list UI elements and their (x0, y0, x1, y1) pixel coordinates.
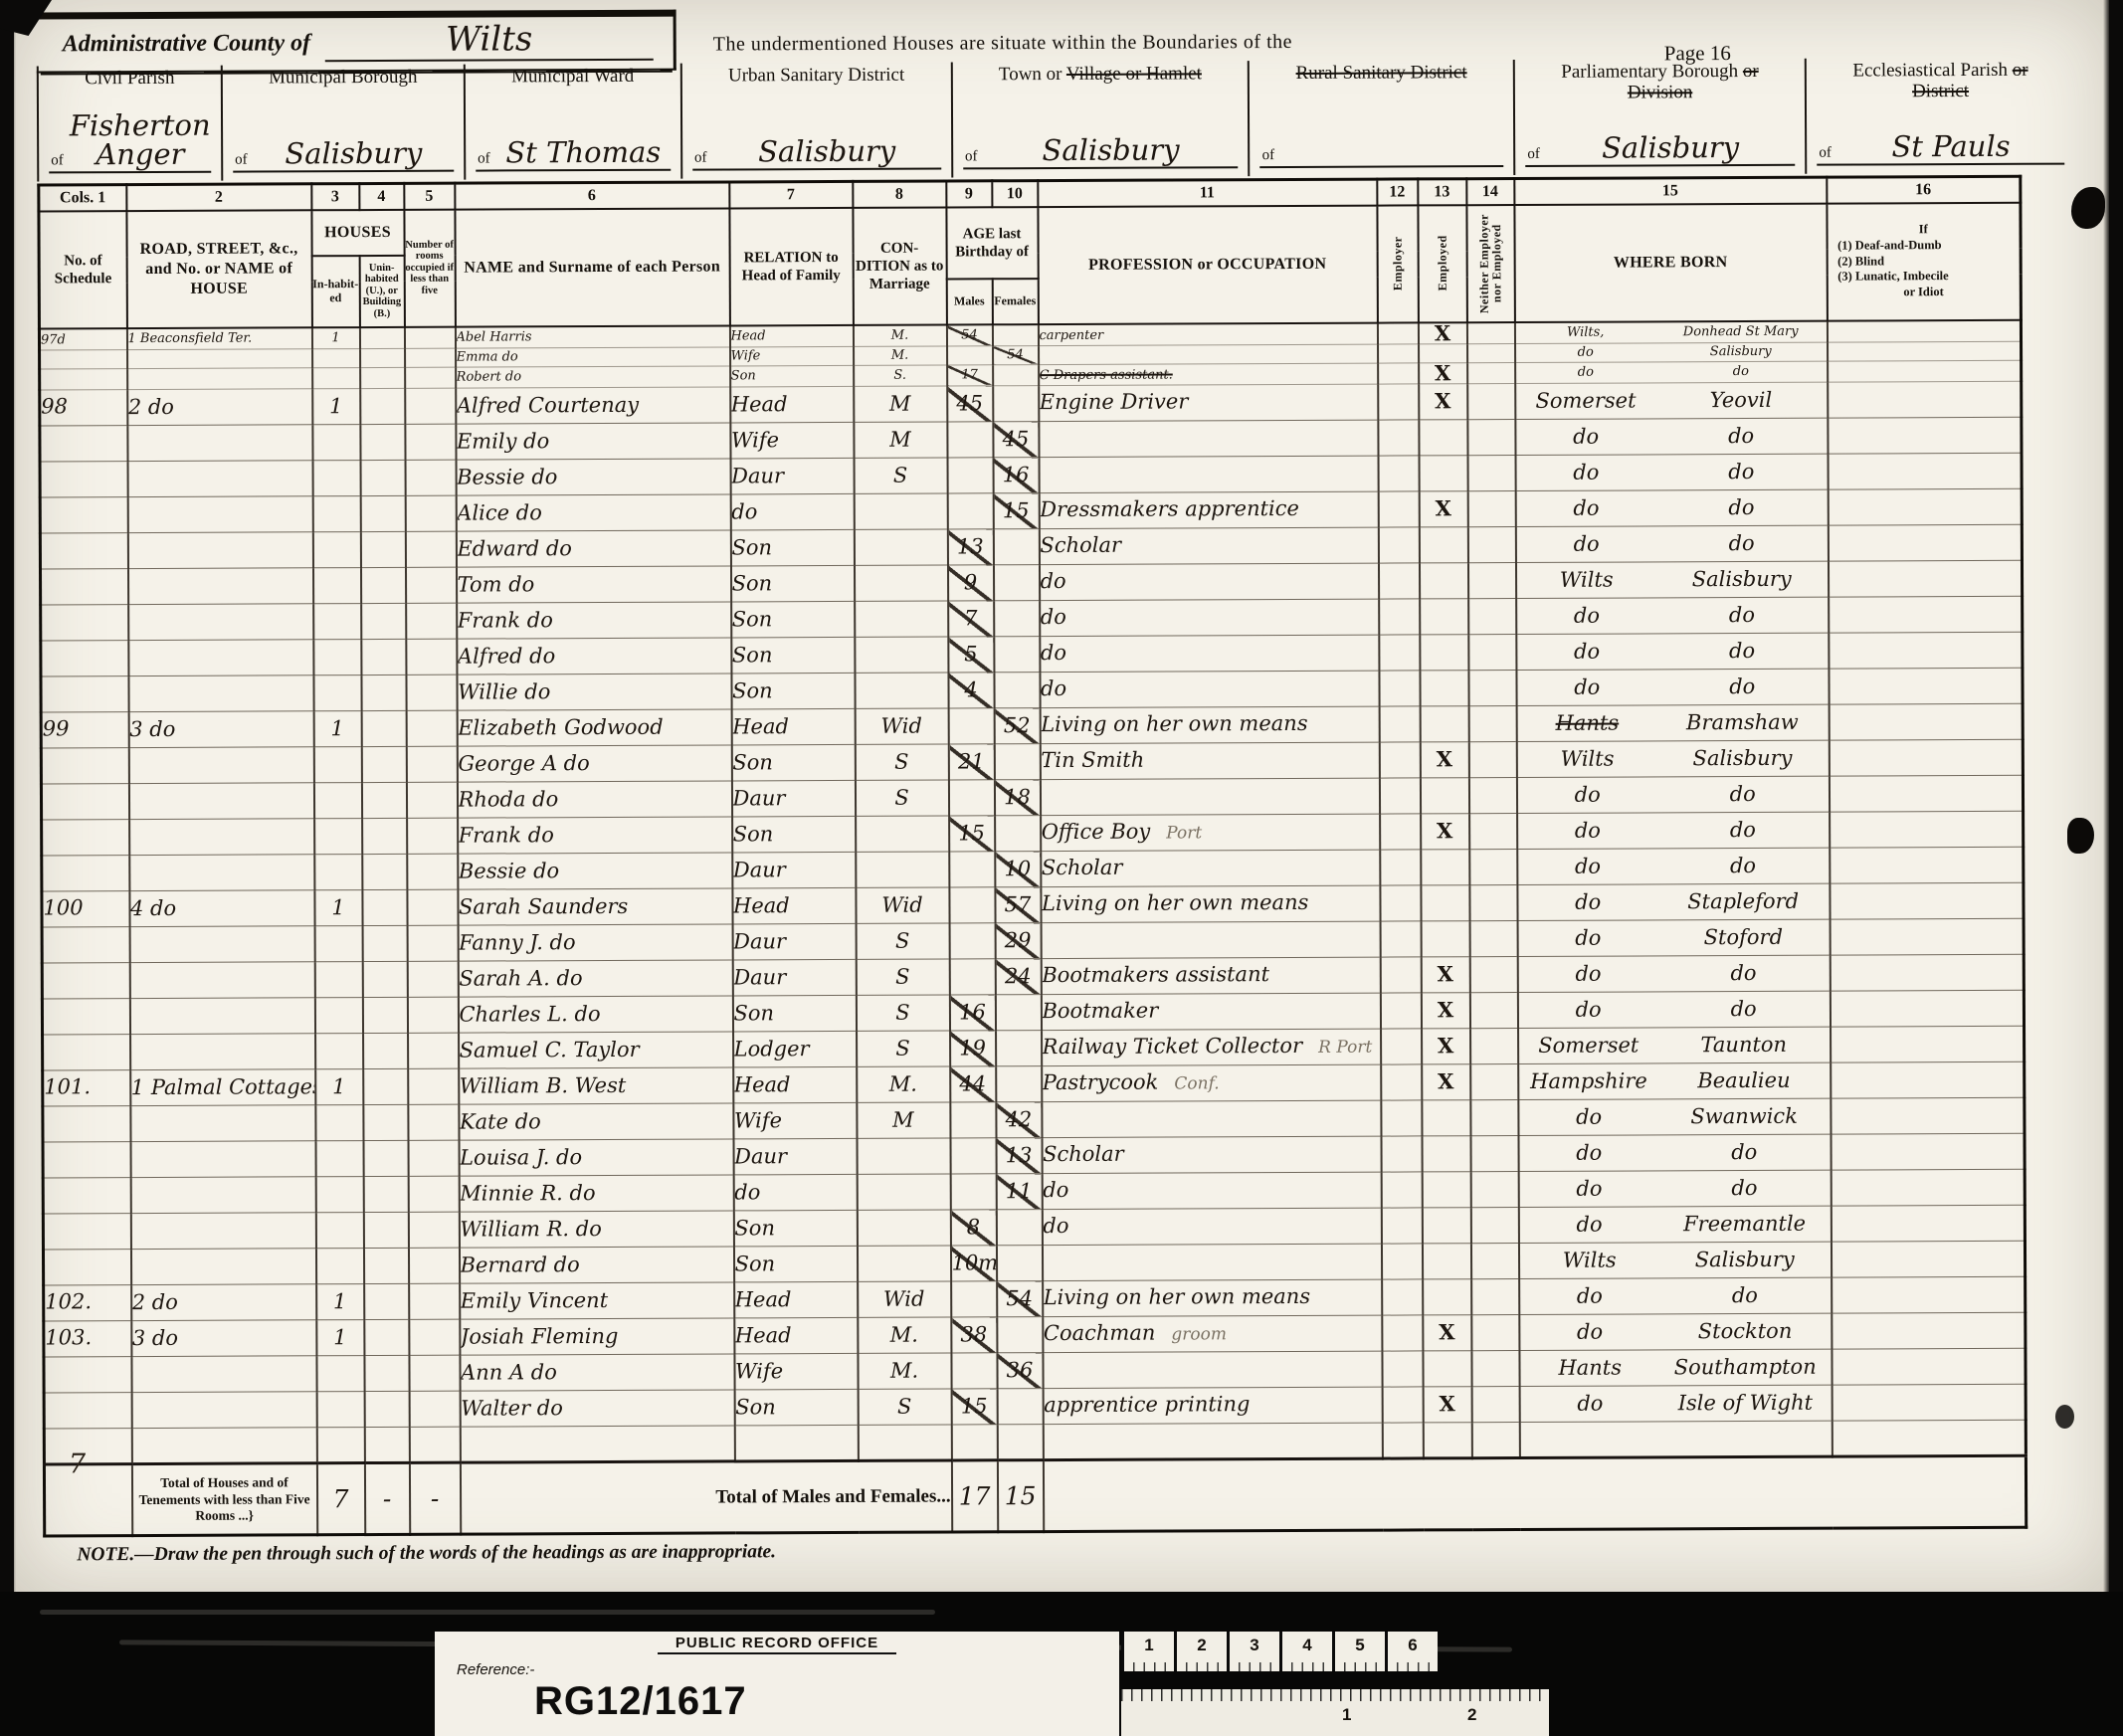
inhabited-cell (312, 461, 360, 496)
road-cell: 3 do (128, 711, 313, 748)
relation-cell: Son (732, 996, 856, 1033)
road-cell (130, 1141, 315, 1178)
neither-cell (1469, 957, 1517, 993)
neither-cell (1468, 742, 1516, 778)
district-cell: Municipal Borough of Salisbury (221, 65, 465, 181)
age-male-cell: 15 (949, 816, 995, 852)
name-cell: Sarah A. do (458, 960, 732, 997)
header-employer: Employer (1377, 205, 1419, 322)
road-cell (127, 496, 312, 533)
infirmity-cell (1829, 632, 2023, 669)
rooms-cell (405, 531, 456, 567)
employer-cell (1377, 322, 1418, 344)
where-born-cell: doFreemantle (1518, 1206, 1831, 1243)
condition-cell: S (856, 959, 949, 995)
rooms-cell (406, 746, 457, 782)
employer-cell (1380, 885, 1421, 921)
condition-cell (856, 852, 949, 887)
where-born-cell: HantsSouthampton (1519, 1349, 1832, 1386)
employer-cell (1378, 456, 1419, 491)
uninhabited-cell (359, 326, 404, 348)
road-cell (127, 568, 312, 605)
totals-row: Total of Houses and of Tenements with le… (44, 1455, 2026, 1536)
schedule-cell (40, 497, 127, 533)
schedule-cell (42, 856, 129, 891)
schedule-cell (43, 1250, 130, 1285)
rooms-cell (409, 1283, 460, 1319)
schedule-cell (43, 1178, 130, 1214)
age-female-cell (994, 744, 1040, 780)
age-male-cell: 8 (950, 1210, 996, 1246)
district-cell: Rural Sanitary District of (1248, 60, 1513, 176)
relation-cell: Wife (734, 1354, 858, 1391)
relation-cell: Daur (732, 924, 856, 961)
employed-cell (1423, 1351, 1471, 1387)
employer-cell (1378, 420, 1419, 456)
district-cell: Municipal Ward of St Thomas (464, 64, 680, 180)
where-born-cell: dodo (1519, 1277, 1832, 1314)
age-female-cell (995, 995, 1041, 1031)
age-female-cell (997, 1317, 1043, 1353)
infirmity-cell (1832, 1276, 2026, 1313)
schedule-cell (40, 368, 127, 390)
district-label: Civil Parish (39, 66, 221, 91)
age-female-cell (994, 601, 1040, 637)
age-female-cell: 45 (993, 422, 1039, 458)
condition-cell: S (856, 995, 949, 1031)
inhabited-cell (312, 532, 360, 568)
road-cell (127, 349, 312, 369)
uninhabited-cell (364, 1428, 409, 1463)
road-cell: 1 Palmal Cottages (130, 1069, 315, 1106)
uninhabited-cell (363, 1105, 408, 1141)
totals-males-females-label: Total of Males and Females... (460, 1460, 951, 1534)
age-male-cell: 44 (950, 1066, 996, 1102)
col-num-11: 11 (1038, 179, 1377, 206)
name-cell: William R. do (459, 1211, 733, 1248)
totals-males: 17 (951, 1460, 997, 1532)
admin-county-label: Administrative County of (63, 30, 310, 58)
uninhabited-cell (364, 1356, 409, 1392)
relation-cell: Head (733, 1067, 857, 1104)
uninhabited-cell (363, 1177, 408, 1213)
infirmity-cell (1829, 703, 2023, 740)
where-born-cell: doStapleford (1517, 883, 1830, 920)
road-cell (128, 783, 313, 820)
age-male-cell: 7 (948, 601, 994, 637)
uninhabited-cell (361, 747, 406, 783)
occupation-cell: C Drapers assistant. (1039, 363, 1378, 386)
occupation-cell (1039, 344, 1378, 364)
employer-cell (1380, 957, 1421, 993)
employed-cell: X (1421, 957, 1469, 993)
census-page-scan: Administrative County of Wilts The under… (0, 0, 2123, 1736)
uninhabited-cell (360, 496, 405, 532)
age-female-cell: 52 (994, 708, 1040, 744)
employer-cell (1379, 742, 1420, 778)
schedule-cell (42, 963, 129, 999)
road-cell (129, 819, 314, 856)
age-male-cell: 21 (948, 744, 994, 780)
district-value: of St Pauls (1817, 132, 2064, 166)
inhabited-cell: 1 (316, 1320, 364, 1356)
col-num-15: 15 (1514, 177, 1827, 204)
occupation-cell: Scholar (1042, 1136, 1381, 1173)
employer-cell (1380, 850, 1421, 885)
name-cell: Tom do (456, 566, 730, 603)
age-female-cell: 24 (995, 959, 1041, 995)
age-male-cell (950, 1102, 996, 1138)
infirmity-cell (1827, 319, 2021, 342)
condition-cell (854, 493, 947, 529)
employed-cell (1419, 344, 1467, 363)
schedule-cell: 102. (44, 1285, 131, 1321)
col-num-13: 13 (1418, 179, 1466, 205)
condition-cell (857, 1210, 950, 1246)
occupation-cell: Railway Ticket CollectorR Port (1042, 1029, 1381, 1065)
uninhabited-cell (362, 926, 407, 962)
infirmity-cell (1830, 918, 2024, 955)
age-female-cell: 16 (993, 458, 1039, 493)
totals-houses-label: Total of Houses and of Tenements with le… (131, 1463, 316, 1536)
occupation-cell: do (1042, 1172, 1381, 1209)
employed-cell (1420, 778, 1468, 814)
totals-uninhabited: - (364, 1463, 409, 1535)
district-label: Ecclesiastical Parish or (1807, 58, 2074, 83)
district-cell: Civil Parish of Fisherton Anger (37, 66, 221, 182)
age-male-cell (947, 422, 993, 458)
schedule-cell (41, 605, 128, 641)
schedule-cell (43, 1142, 130, 1178)
admin-county-value: Wilts (325, 19, 654, 62)
age-male-cell (950, 1174, 996, 1210)
scan-edge-left (0, 0, 16, 1592)
age-male-cell (948, 708, 994, 744)
rooms-cell (405, 495, 456, 531)
header-schedule: No. of Schedule (39, 211, 127, 328)
district-cell: Urban Sanitary District of Salisbury (680, 62, 951, 178)
neither-cell (1468, 635, 1516, 671)
age-female-cell (996, 1210, 1042, 1246)
condition-cell: M. (858, 1317, 951, 1353)
reference-number: RG12/1617 (534, 1679, 747, 1724)
infirmity-cell (1828, 341, 2022, 361)
name-cell: Fanny J. do (458, 924, 732, 961)
neither-cell (1470, 1029, 1518, 1064)
uninhabited-cell (361, 675, 406, 711)
neither-cell (1466, 322, 1514, 344)
infirmity-cell (1831, 1061, 2025, 1098)
inhabited-cell: 1 (312, 389, 360, 425)
uninhabited-cell (360, 425, 405, 461)
census-rows: 97d 1 Beaconsfield Ter. 1 Abel Harris He… (39, 319, 2026, 1464)
age-male-cell (947, 493, 993, 529)
reference-label: Reference:- (457, 1661, 534, 1678)
occupation-cell: do (1040, 635, 1379, 672)
age-male-cell: 16 (949, 995, 995, 1031)
road-cell (129, 998, 314, 1035)
age-male-cell: 9 (947, 565, 993, 601)
relation-cell: do (730, 494, 854, 531)
name-cell: Kate do (459, 1103, 733, 1140)
schedule-cell (40, 569, 127, 605)
employed-cell: X (1419, 384, 1467, 420)
schedule-cell (41, 676, 128, 712)
neither-cell (1467, 362, 1515, 384)
condition-cell: M. (857, 1066, 950, 1102)
situate-line: The undermentioned Houses are situate wi… (713, 31, 1292, 57)
margin-tally-mark: 7 (69, 1448, 86, 1479)
uninhabited-cell (364, 1284, 409, 1320)
condition-cell (857, 1138, 950, 1174)
employed-cell (1420, 706, 1468, 742)
age-male-cell (949, 852, 995, 887)
employed-cell (1422, 1100, 1470, 1136)
age-female-cell (993, 565, 1039, 601)
header-infirmity: If (1) Deaf-and-Dumb (2) Blind (3) Lunat… (1827, 202, 2022, 320)
schedule-cell (40, 349, 127, 368)
uninhabited-cell (362, 998, 407, 1034)
ruler-number: 2 (1467, 1705, 1476, 1725)
header-neither: Neither Employer nor Employed (1466, 205, 1515, 322)
employer-cell (1381, 1029, 1422, 1064)
where-born-cell: dodo (1516, 597, 1829, 634)
schedule-cell: 103. (44, 1321, 131, 1357)
age-male-cell (951, 1425, 997, 1460)
inhabited-cell (315, 1213, 363, 1249)
age-male-cell: 5 (948, 637, 994, 673)
neither-cell (1468, 599, 1516, 635)
neither-cell (1467, 420, 1515, 456)
uninhabited-cell (363, 1069, 408, 1105)
employed-cell (1422, 1244, 1470, 1279)
inhabited-cell (315, 1249, 363, 1284)
occupation-cell: Office BoyPort (1041, 814, 1380, 851)
relation-cell: Son (730, 365, 854, 387)
uninhabited-cell (360, 389, 405, 425)
relation-cell: Son (730, 530, 854, 567)
employer-cell (1379, 778, 1420, 814)
schedule-cell (42, 820, 129, 856)
neither-cell (1468, 778, 1516, 814)
rooms-cell (406, 603, 457, 639)
col-num-9: 9 (946, 181, 992, 207)
age-female-cell (994, 637, 1040, 673)
age-male-cell: 38 (951, 1317, 997, 1353)
ruler-number: 5 (1332, 1632, 1385, 1671)
uninhabited-cell (360, 367, 405, 389)
where-born-cell: doStockton (1519, 1313, 1832, 1350)
inhabited-cell (313, 747, 361, 783)
inhabited-cell (312, 568, 360, 604)
road-cell: 3 do (131, 1320, 316, 1357)
occupation-cell: Living on her own means (1040, 706, 1379, 743)
ruler-number: 2 (1174, 1632, 1227, 1671)
employer-cell (1379, 671, 1420, 706)
infirmity-cell (1832, 1348, 2026, 1385)
infirmity-cell (1828, 524, 2022, 561)
inhabited-cell: 1 (316, 1284, 364, 1320)
where-born-cell: dodo (1517, 991, 1830, 1028)
employer-cell (1379, 635, 1420, 671)
neither-cell (1467, 491, 1515, 527)
relation-cell: Son (731, 674, 855, 710)
condition-cell: Wid (856, 887, 949, 923)
header-condition: CON-DITION as to Marriage (853, 207, 947, 324)
occupation-cell: Dressmakers apprentice (1039, 491, 1378, 528)
occupation-cell: do (1040, 599, 1379, 636)
employed-cell: X (1423, 1387, 1471, 1423)
neither-cell (1471, 1387, 1519, 1423)
district-value: of Salisbury (692, 137, 941, 171)
where-born-cell (1519, 1421, 1832, 1457)
neither-cell (1470, 1100, 1518, 1136)
neither-cell (1470, 1244, 1518, 1279)
age-female-cell (996, 1031, 1042, 1066)
employed-cell (1419, 527, 1467, 563)
relation-cell: Daur (731, 781, 855, 818)
rooms-cell (406, 639, 457, 675)
occupation-cell: Living on her own means (1043, 1279, 1382, 1316)
name-cell: Edward do (456, 530, 730, 567)
employed-cell: X (1422, 1064, 1470, 1100)
district-value: of Salisbury (1525, 133, 1795, 167)
public-record-office-stamp: PUBLIC RECORD OFFICE Reference:- RG12/16… (435, 1632, 1119, 1736)
where-born-cell: dodo (1515, 361, 1828, 384)
district-label: Municipal Ward (466, 64, 680, 89)
age-female-cell (994, 673, 1040, 708)
employed-cell (1421, 921, 1469, 957)
employer-cell (1382, 1315, 1423, 1351)
schedule-cell (40, 533, 127, 569)
employer-cell (1379, 706, 1420, 742)
employer-cell (1382, 1387, 1423, 1423)
name-cell: Alice do (456, 494, 730, 531)
column-headers-row: No. of Schedule ROAD, STREET, &c., and N… (39, 202, 2021, 257)
employer-cell (1381, 1172, 1422, 1208)
pencil-note: R Port (1318, 1038, 1372, 1058)
schedule-cell (41, 748, 128, 784)
relation-cell: Son (730, 566, 854, 603)
employed-cell: X (1422, 1029, 1470, 1064)
neither-cell (1471, 1423, 1519, 1458)
inhabited-cell: 1 (311, 327, 359, 349)
district-label: Municipal Borough (223, 65, 464, 90)
age-male-cell (949, 959, 995, 995)
road-cell (128, 640, 313, 676)
condition-cell: M (854, 422, 947, 458)
neither-cell (1471, 1351, 1519, 1387)
scan-edge-right (2103, 0, 2123, 1592)
infirmity-cell (1828, 381, 2022, 418)
age-female-cell (997, 1389, 1043, 1425)
name-cell: Walter do (460, 1390, 734, 1427)
inhabited-cell (316, 1392, 364, 1428)
header-employed: Employed (1418, 205, 1467, 322)
uninhabited-cell (360, 568, 405, 604)
occupation-cell: do (1039, 563, 1378, 600)
neither-cell (1471, 1315, 1519, 1351)
infirmity-cell (1831, 1026, 2025, 1062)
rooms-cell (408, 1140, 459, 1176)
neither-cell (1467, 343, 1515, 362)
employer-cell (1381, 1208, 1422, 1244)
where-born-cell: doStoford (1517, 919, 1830, 956)
rooms-cell (409, 1391, 460, 1427)
district-cell: Ecclesiastical Parish or District of St … (1805, 58, 2074, 174)
rooms-cell (408, 1248, 459, 1283)
condition-cell (855, 601, 948, 637)
age-female-cell: 42 (996, 1102, 1042, 1138)
age-male-cell: 15 (951, 1389, 997, 1425)
condition-cell (854, 565, 947, 601)
district-value: of Salisbury (233, 139, 454, 173)
census-table: Cols. 1 2 3 4 5 6 7 8 9 10 11 12 13 14 (37, 175, 2027, 1538)
inhabited-cell (313, 640, 361, 675)
age-male-cell: 45 (947, 386, 993, 422)
uninhabited-cell (360, 461, 405, 496)
uninhabited-cell (363, 1249, 408, 1284)
header-where-born: WHERE BORN (1514, 203, 1828, 321)
name-cell: Robert do (456, 366, 730, 389)
district-cell: Town or Village or Hamlet of Salisbury (951, 61, 1249, 177)
schedule-cell (44, 1393, 131, 1429)
occupation-cell: Bootmaker (1041, 993, 1380, 1030)
rooms-cell (405, 348, 456, 367)
relation-cell: Daur (730, 459, 854, 495)
infirmity-cell (1828, 360, 2022, 382)
rooms-cell (406, 710, 457, 746)
neither-cell (1471, 1279, 1519, 1315)
road-cell (129, 855, 314, 891)
rooms-cell (407, 854, 458, 889)
col-num-8: 8 (853, 181, 946, 207)
road-cell (128, 675, 313, 712)
condition-cell: M (857, 1102, 950, 1138)
where-born-cell: SomersetYeovil (1515, 382, 1828, 419)
neither-cell (1469, 850, 1517, 885)
condition-cell: M (854, 386, 947, 422)
census-form-paper: Administrative County of Wilts The under… (14, 0, 2109, 1592)
inhabited-cell (316, 1356, 364, 1392)
rooms-cell (409, 1319, 460, 1355)
name-cell: Bessie do (458, 853, 732, 889)
condition-cell: M. (858, 1353, 951, 1389)
occupation-cell: PastrycookConf. (1042, 1064, 1381, 1101)
rooms-cell (408, 1176, 459, 1212)
infirmity-cell (1831, 1241, 2025, 1277)
infirmity-cell (1832, 1384, 2026, 1421)
infirmity-cell (1830, 882, 2024, 919)
age-male-cell (950, 1138, 996, 1174)
employed-cell (1421, 885, 1469, 921)
infirmity-cell (1830, 847, 2024, 883)
rooms-cell (405, 567, 456, 603)
inhabited-cell: 1 (313, 711, 361, 747)
name-cell: William B. West (459, 1067, 733, 1104)
uninhabited-cell (361, 711, 406, 747)
age-female-cell (992, 324, 1038, 346)
where-born-cell: dodo (1517, 955, 1830, 992)
header-houses: HOUSES (311, 209, 404, 255)
employed-cell (1422, 1208, 1470, 1244)
relation-cell: Lodger (733, 1032, 857, 1068)
name-cell: Abel Harris (455, 325, 729, 348)
road-cell: 1 Beaconsfield Ter. (126, 327, 311, 350)
relation-cell: Son (731, 745, 855, 782)
rooms-cell (404, 326, 455, 348)
occupation-cell: carpenter (1038, 322, 1377, 345)
